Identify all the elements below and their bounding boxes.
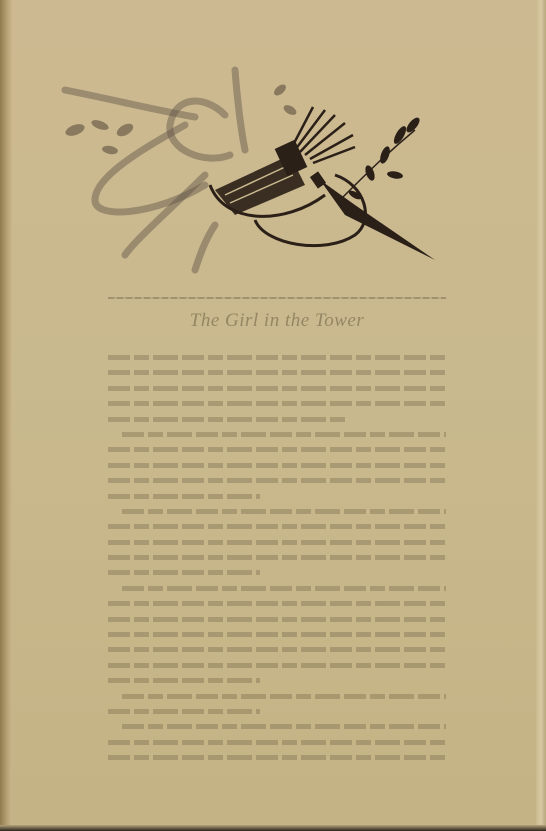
- paragraph-3: [108, 504, 446, 581]
- chapter-title: The Girl in the Tower: [108, 310, 446, 332]
- paragraph-2: [108, 427, 446, 504]
- dagger-icon: [310, 171, 435, 260]
- paragraph-6: [108, 719, 446, 765]
- ribbon-icon: [65, 70, 245, 270]
- book-page: The Girl in the Tower: [0, 0, 546, 831]
- page-gutter: [0, 0, 12, 831]
- page-edge: [536, 0, 546, 831]
- chapter-vignette-illustration: [55, 55, 455, 285]
- chapter-divider-rule: [108, 297, 446, 299]
- chapter-body-text: [108, 350, 446, 766]
- page-bottom-edge: [0, 825, 546, 831]
- paragraph-4: [108, 581, 446, 689]
- paragraph-1: [108, 350, 446, 427]
- paragraph-5: [108, 689, 446, 720]
- laurel-sprig-icon: [340, 116, 422, 202]
